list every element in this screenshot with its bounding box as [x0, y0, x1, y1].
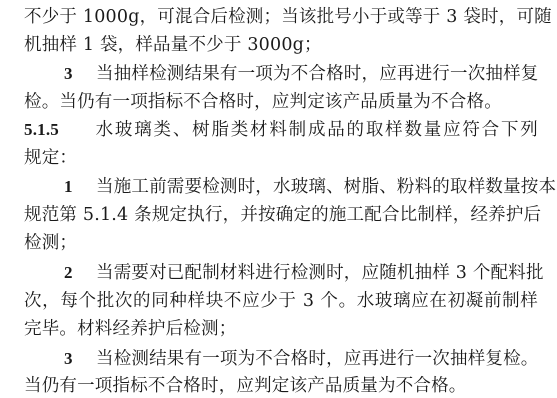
line-text: 当仍有一项指标不合格时，应判定该产品质量为不合格。	[24, 376, 467, 396]
line-text: 不少于 1000g，可混合后检测；当该批号小于或等于 3 袋时，可随	[24, 7, 552, 27]
list-item-3: 3当抽样检测结果有一项为不合格时，应再进行一次抽样复	[24, 61, 538, 87]
line-text: 当需要对已配制材料进行检测时，应随机抽样 3 个配料批	[96, 263, 544, 283]
clause-5-1-5: 5.1.5水玻璃类、树脂类材料制成品的取样数量应符合下列	[24, 117, 538, 143]
text-line: 当仍有一项指标不合格时，应判定该产品质量为不合格。	[24, 373, 467, 398]
list-item-3b: 3当检测结果有一项为不合格时，应再进行一次抽样复检。	[24, 346, 538, 372]
text-line: 规范第 5.1.4 条规定执行，并按确定的施工配合比制样，经养护后	[24, 202, 538, 228]
item-number: 3	[64, 346, 96, 372]
line-text: 水玻璃类、树脂类材料制成品的取样数量应符合下列	[94, 120, 538, 140]
text-line: 完毕。材料经养护后检测；	[24, 316, 236, 342]
text-line: 次，每个批次的同种样块不应少于 3 个。水玻璃应在初凝前制样	[24, 288, 538, 314]
line-text: 检。当仍有一项指标不合格时，应判定该产品质量为不合格。	[24, 92, 502, 112]
line-text: 规范第 5.1.4 条规定执行，并按确定的施工配合比制样，经养护后	[24, 205, 541, 225]
line-text: 当抽样检测结果有一项为不合格时，应再进行一次抽样复	[96, 64, 539, 84]
item-number: 1	[64, 174, 96, 200]
line-text: 次，每个批次的同种样块不应少于 3 个。水玻璃应在初凝前制样	[24, 291, 538, 311]
line-text: 机抽样 1 袋，样品量不少于 3000g；	[24, 35, 322, 55]
text-line: 机抽样 1 袋，样品量不少于 3000g；	[24, 32, 322, 58]
line-text: 完毕。材料经养护后检测；	[24, 319, 236, 339]
line-text: 当施工前需要检测时，水玻璃、树脂、粉料的取样数量按本	[96, 177, 556, 197]
text-line: 检测；	[24, 230, 77, 256]
list-item-1: 1当施工前需要检测时，水玻璃、树脂、粉料的取样数量按本	[24, 174, 538, 200]
text-line: 不少于 1000g，可混合后检测；当该批号小于或等于 3 袋时，可随	[24, 4, 538, 30]
list-item-2: 2当需要对已配制材料进行检测时，应随机抽样 3 个配料批	[24, 260, 538, 286]
text-line: 规定：	[24, 145, 77, 171]
item-number: 2	[64, 260, 96, 286]
line-text: 规定：	[24, 148, 77, 168]
line-text: 检测；	[24, 233, 77, 253]
item-number: 3	[64, 61, 96, 87]
text-line: 检。当仍有一项指标不合格时，应判定该产品质量为不合格。	[24, 89, 502, 115]
clause-number: 5.1.5	[24, 117, 94, 143]
line-text: 当检测结果有一项为不合格时，应再进行一次抽样复检。	[96, 349, 539, 369]
